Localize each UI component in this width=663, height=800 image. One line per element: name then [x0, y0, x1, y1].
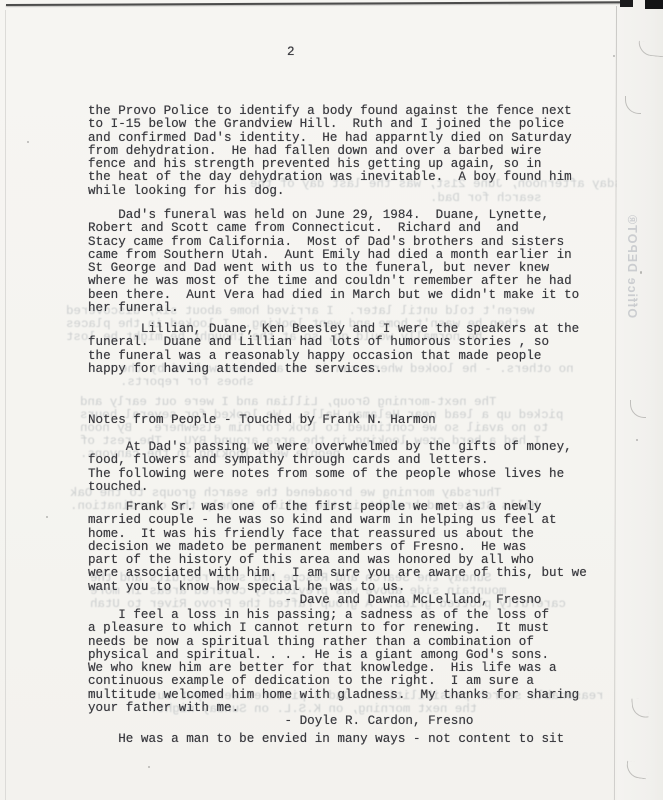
bleedthrough-text: shoes for reports.	[120, 376, 254, 389]
paragraph-last-line: He was a man to be envied in many ways -…	[88, 733, 564, 746]
scan-speck	[46, 516, 48, 518]
scan-speck	[148, 766, 150, 768]
paragraph-gifts: At Dad's passing we were overwhelmed by …	[88, 441, 572, 494]
section-heading-notes-from-people: Notes from People - Touched by Frank N. …	[88, 414, 436, 427]
paragraph-provo-police: the Provo Police to identify a body foun…	[88, 105, 572, 198]
scan-speck	[636, 439, 638, 441]
scan-corner-mark	[620, 0, 633, 7]
scan-corner-mark	[645, 0, 663, 9]
scan-top-edge	[6, 1, 622, 6]
scan-speck	[27, 141, 29, 143]
paragraph-speakers: Lillian, Duane, Ken Beesley and I were t…	[88, 323, 579, 376]
page-number: 2	[287, 46, 295, 59]
bleedthrough-text: The next-morning Group, Lillian and I we…	[80, 396, 496, 409]
scanned-document-page: Thursday afternoon, June 21st, was the l…	[0, 0, 663, 800]
paragraph-note-cardon: I feel a loss in his passing; a sadness …	[88, 609, 579, 729]
paragraph-note-mclelland: Frank Sr. was one of the first people we…	[88, 501, 587, 607]
scan-speck	[613, 55, 615, 57]
page-left-edge	[5, 10, 6, 800]
office-depot-watermark: Office DEPOT®	[623, 195, 639, 337]
paragraph-funeral: Dad's funeral was held on June 29, 1984.…	[88, 209, 579, 315]
scan-speck	[640, 271, 642, 274]
right-margin-strip	[617, 0, 663, 800]
